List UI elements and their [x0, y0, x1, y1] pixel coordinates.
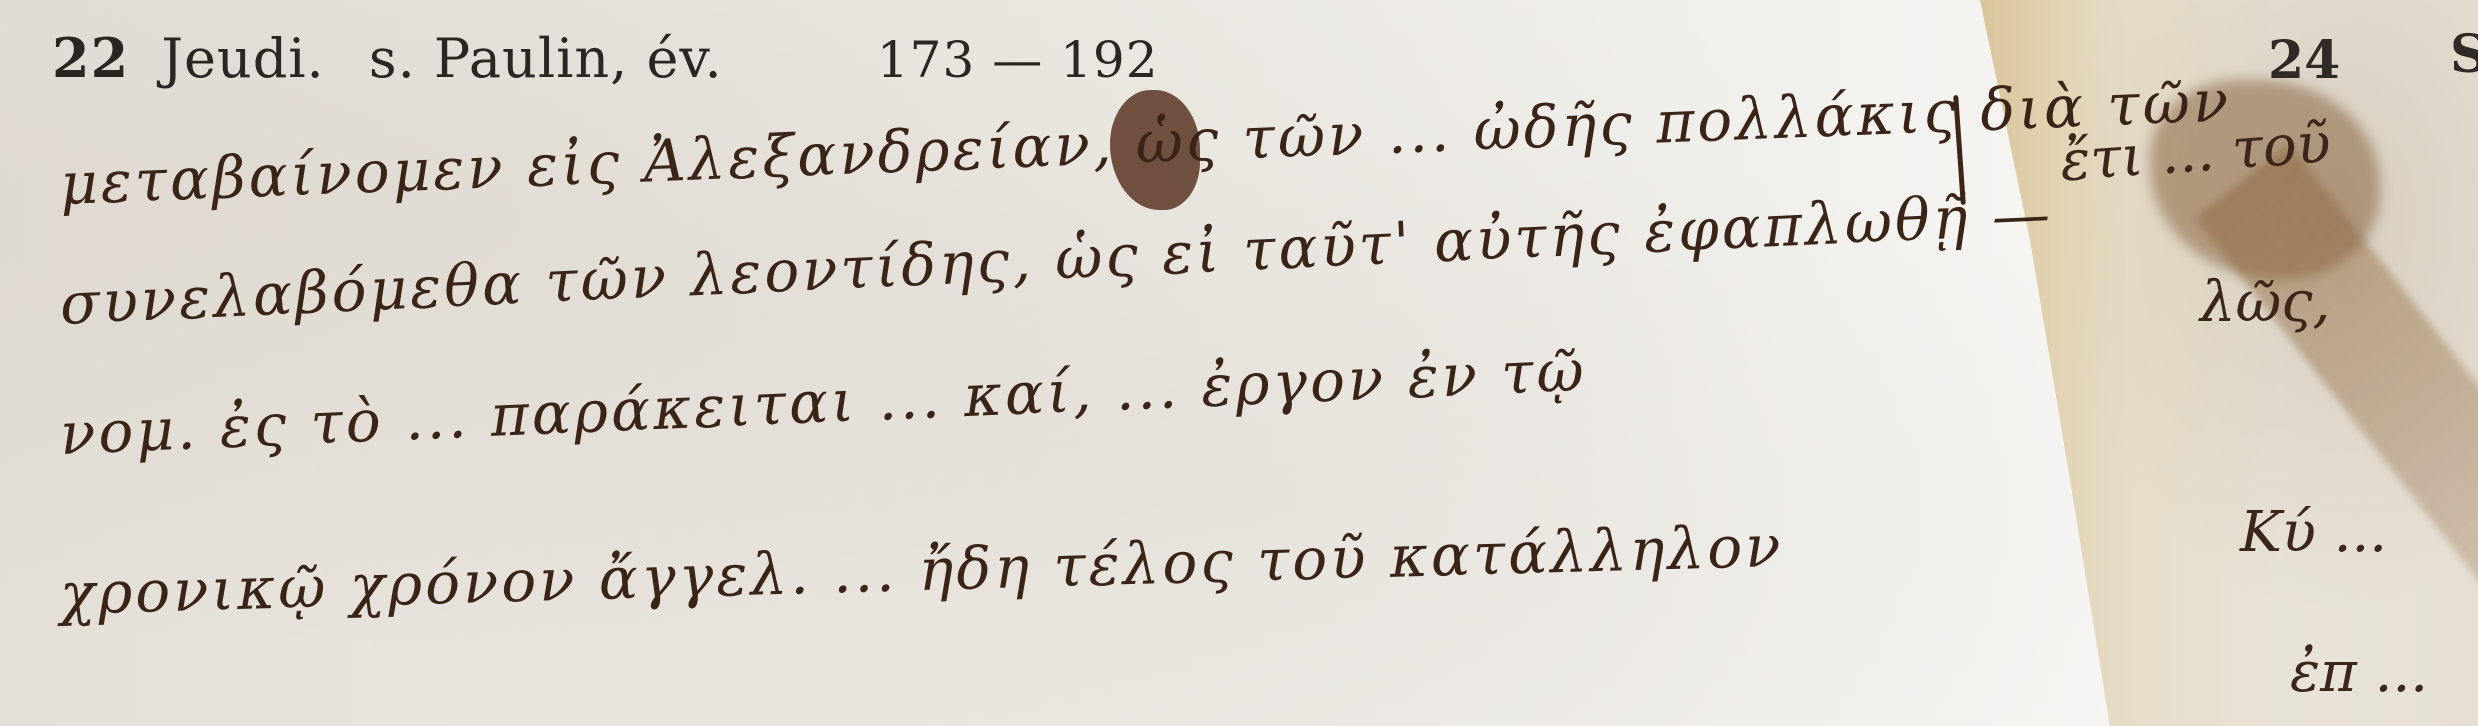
- right-header-cutoff: S: [2450, 24, 2478, 85]
- title-suffix: , év.: [610, 27, 723, 90]
- saint-name: s. Paulin: [369, 27, 610, 90]
- day-range: 173 — 192: [877, 31, 1159, 89]
- right-handwritten-3: Κύ ...: [2240, 500, 2387, 565]
- weekday: Jeudi.: [161, 27, 324, 90]
- printed-header: 22 Jeudi. s. Paulin, év. 173 — 192: [52, 26, 1185, 90]
- right-handwritten-2: λῶς,: [2200, 270, 2330, 335]
- manuscript-photo: 22 Jeudi. s. Paulin, év. 173 — 192 μεταβ…: [0, 0, 2478, 726]
- day-number: 22: [52, 26, 129, 90]
- right-handwritten-4: ἐπ ...: [2290, 640, 2428, 705]
- right-day-number: 24: [2268, 30, 2340, 91]
